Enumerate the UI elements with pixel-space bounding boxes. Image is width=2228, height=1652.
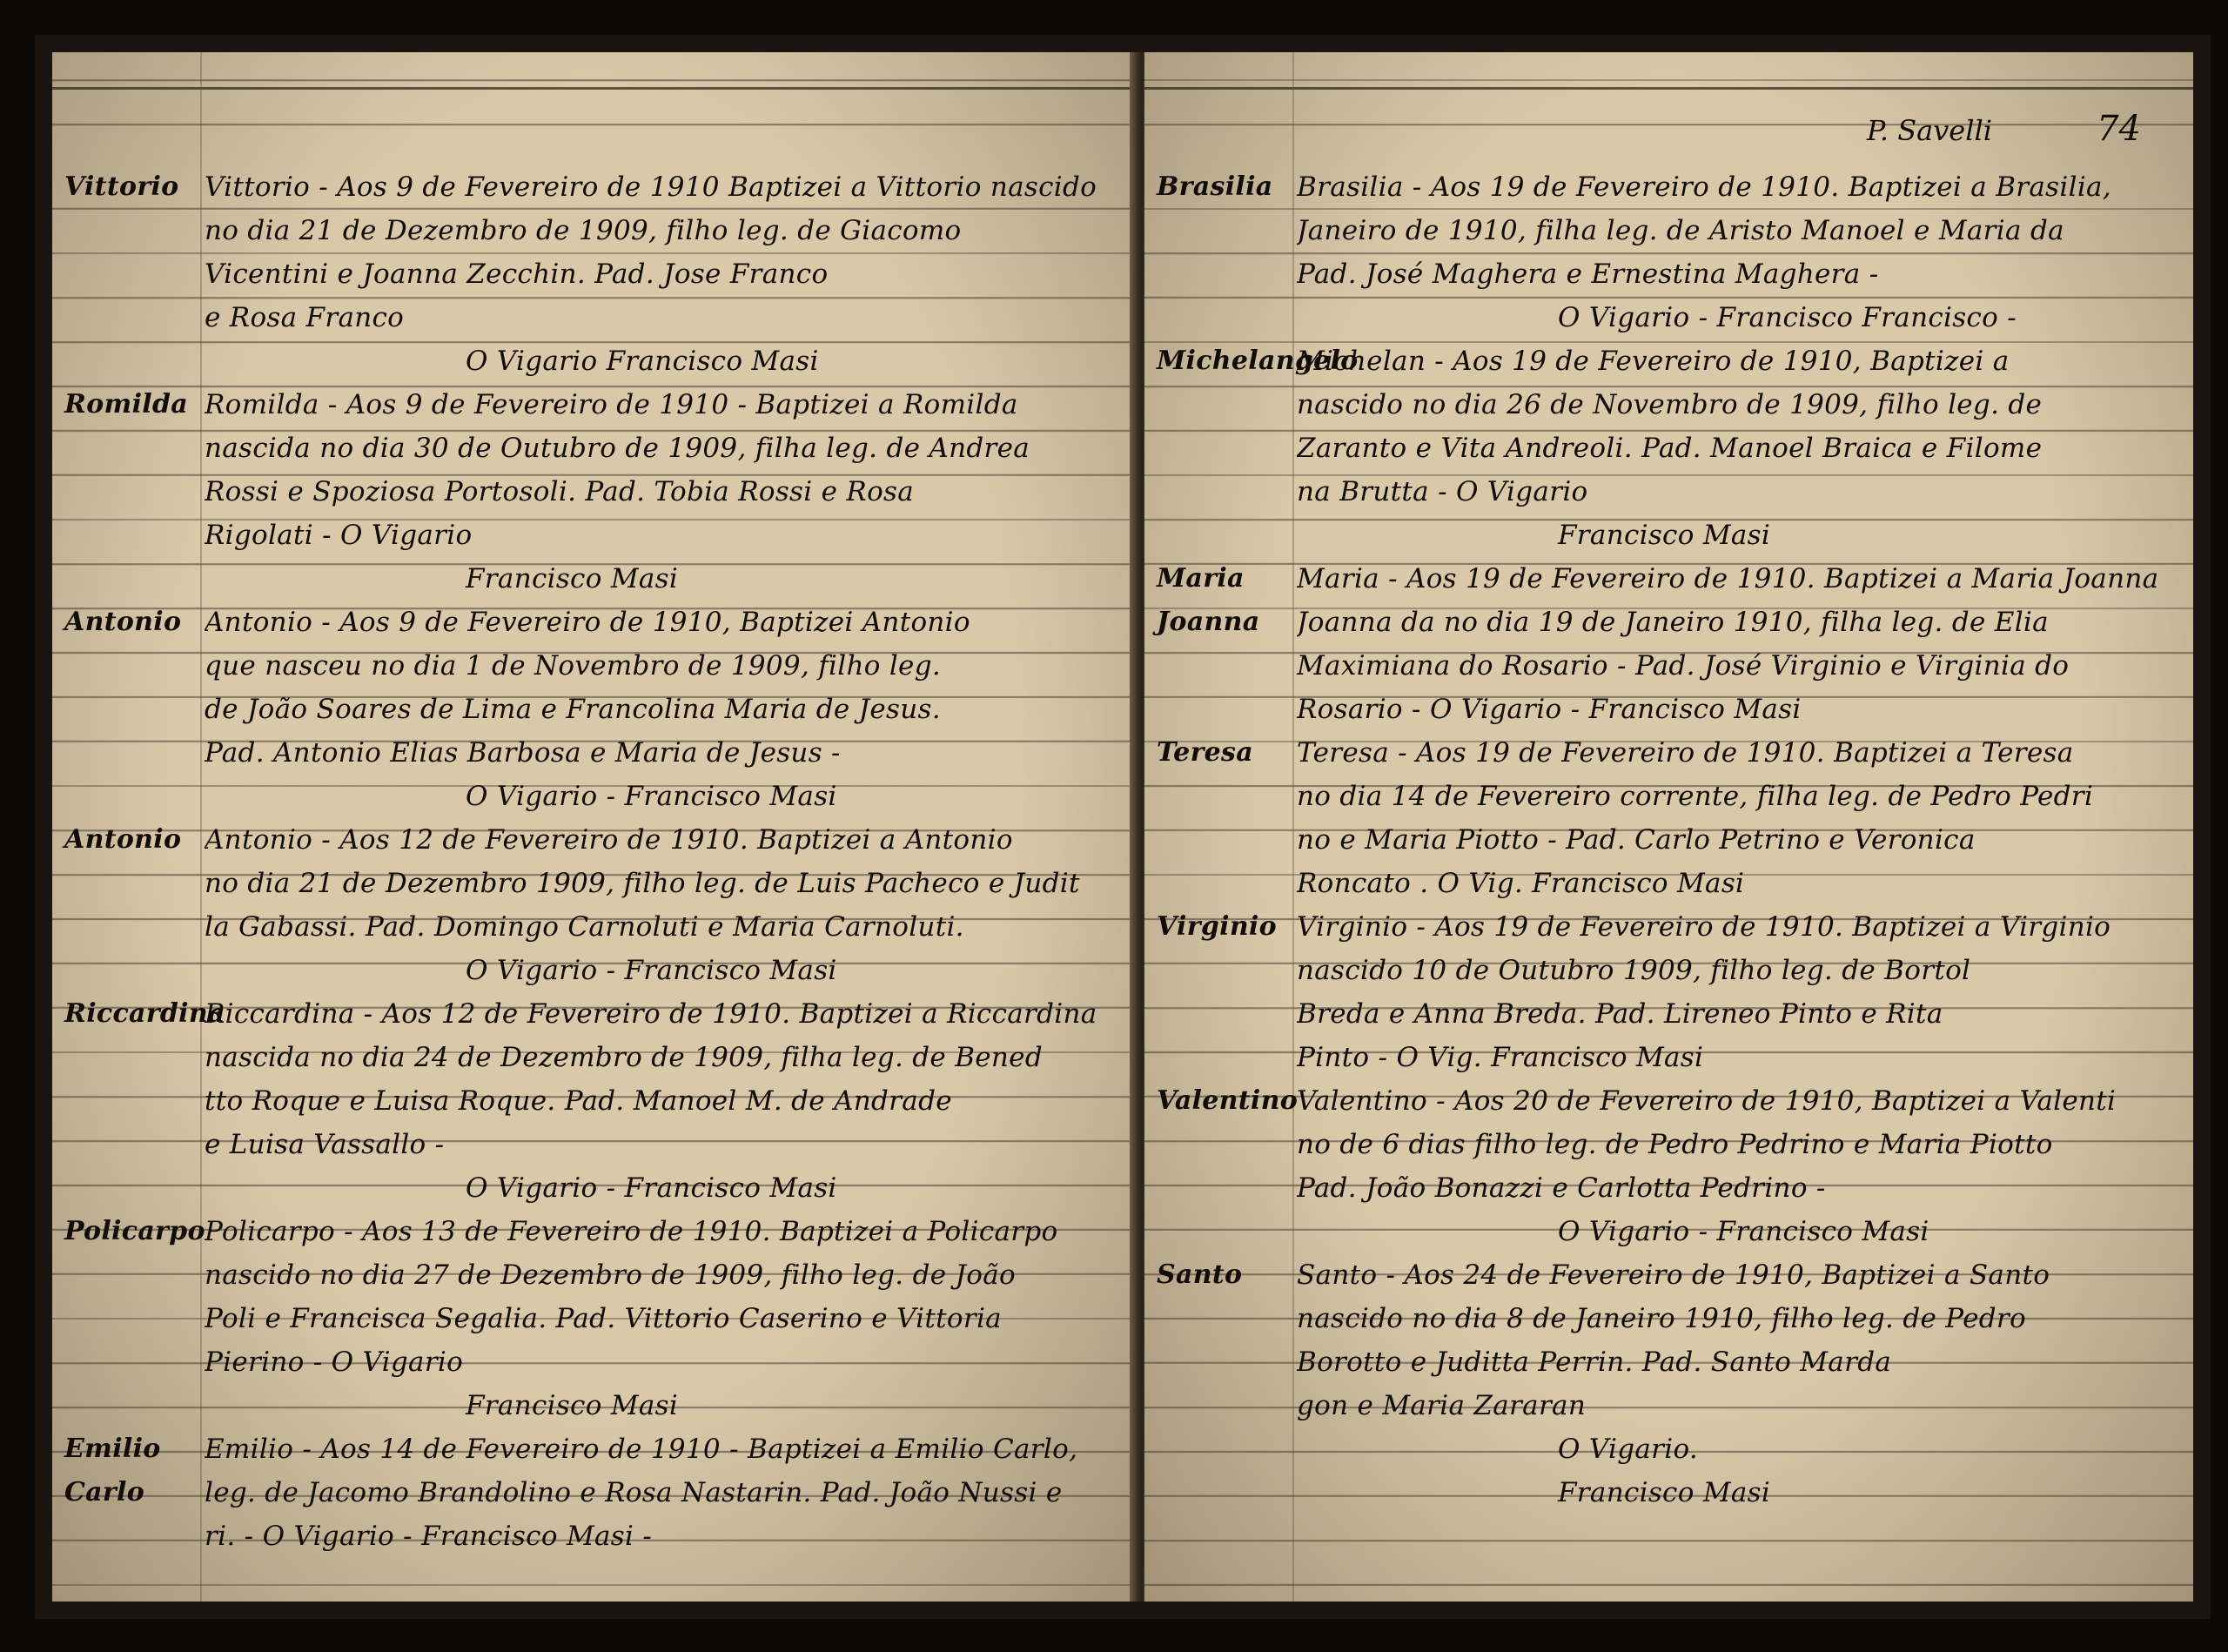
margin-name: Policarpo <box>64 1210 199 1253</box>
header-annotation: P. Savelli <box>1867 114 1992 147</box>
entry-line: Antonio - Aos 9 de Fevereiro de 1910, Ba… <box>205 601 1127 644</box>
entry-text: Romilda - Aos 9 de Fevereiro de 1910 - B… <box>205 383 1127 601</box>
entry-text: Vittorio - Aos 9 de Fevereiro de 1910 Ba… <box>205 165 1127 383</box>
entry-text: Emilio - Aos 14 de Fevereiro de 1910 - B… <box>205 1427 1127 1558</box>
entry-line: Pad. Antonio Elias Barbosa e Maria de Je… <box>205 731 1127 775</box>
margin-name: Michelangelo <box>1157 339 1292 383</box>
entry-line: la Gabassi. Pad. Domingo Carnoluti e Mar… <box>205 905 1127 949</box>
entry-line: Virginio - Aos 19 de Fevereiro de 1910. … <box>1297 905 2184 949</box>
vicar-signature: Francisco Masi <box>1297 514 2184 557</box>
entry-line: Rigolati - O Vigario <box>205 514 1127 557</box>
entry-line: Valentino - Aos 20 de Fevereiro de 1910,… <box>1297 1079 2184 1123</box>
margin-name: Antonio <box>64 601 199 644</box>
entry-line: Pad. João Bonazzi e Carlotta Pedrino - <box>1297 1166 2184 1210</box>
entry-line: no e Maria Piotto - Pad. Carlo Petrino e… <box>1297 818 2184 862</box>
entry-text: Santo - Aos 24 de Fevereiro de 1910, Bap… <box>1297 1253 2184 1514</box>
entry-line: Pierino - O Vigario <box>205 1340 1127 1384</box>
entry-line: Brasilia - Aos 19 de Fevereiro de 1910. … <box>1297 165 2184 209</box>
entry-line: nascido no dia 8 de Janeiro 1910, filho … <box>1297 1297 2184 1340</box>
entry-line: Vicentini e Joanna Zecchin. Pad. Jose Fr… <box>205 252 1127 296</box>
entry-line: gon e Maria Zararan <box>1297 1384 2184 1427</box>
entry-line: no dia 21 de Dezembro de 1909, filho leg… <box>205 209 1127 252</box>
entry-line: Roncato . O Vig. Francisco Masi <box>1297 862 2184 905</box>
entry-line: nascido no dia 27 de Dezembro de 1909, f… <box>205 1253 1127 1297</box>
entry-line: na Brutta - O Vigario <box>1297 470 2184 514</box>
entry-line: Policarpo - Aos 13 de Fevereiro de 1910.… <box>205 1210 1127 1253</box>
page-header: P. Savelli 74 <box>1867 109 2141 149</box>
entry-text: Brasilia - Aos 19 de Fevereiro de 1910. … <box>1297 165 2184 339</box>
margin-name: Valentino <box>1157 1079 1292 1123</box>
margin-name: Riccardina <box>64 992 199 1036</box>
margin-name: Emilio Carlo <box>64 1427 199 1514</box>
margin-name: Antonio <box>64 818 199 862</box>
entry-line: no dia 14 de Fevereiro corrente, filha l… <box>1297 775 2184 818</box>
entry-line: tto Roque e Luisa Roque. Pad. Manoel M. … <box>205 1079 1127 1123</box>
top-rule <box>1144 87 2193 90</box>
vicar-signature: O Vigario. <box>1297 1427 2184 1471</box>
folio-number: 74 <box>2097 109 2141 149</box>
vicar-signature: O Vigario - Francisco Masi <box>205 775 1127 818</box>
entry-line: Michelan - Aos 19 de Fevereiro de 1910, … <box>1297 339 2184 383</box>
entry-line: no dia 21 de Dezembro 1909, filho leg. d… <box>205 862 1127 905</box>
entry-line: Riccardina - Aos 12 de Fevereiro de 1910… <box>205 992 1127 1036</box>
margin-name: Brasilia <box>1157 165 1292 209</box>
entry-line: nascido 10 de Outubro 1909, filho leg. d… <box>1297 949 2184 992</box>
entry-text: Maria - Aos 19 de Fevereiro de 1910. Bap… <box>1297 557 2184 731</box>
entry-line: Breda e Anna Breda. Pad. Lireneo Pinto e… <box>1297 992 2184 1036</box>
vicar-signature: O Vigario - Francisco Francisco - <box>1297 296 2184 339</box>
vicar-signature: Francisco Masi <box>205 557 1127 601</box>
entry-line: Emilio - Aos 14 de Fevereiro de 1910 - B… <box>205 1427 1127 1471</box>
entry-text: Policarpo - Aos 13 de Fevereiro de 1910.… <box>205 1210 1127 1427</box>
margin-name: Maria Joanna <box>1157 557 1292 644</box>
entry-line: e Rosa Franco <box>205 296 1127 339</box>
margin-name: Teresa <box>1157 731 1292 775</box>
entry-line: Maximiana do Rosario - Pad. José Virgini… <box>1297 644 2184 688</box>
left-page: VittorioVittorio - Aos 9 de Fevereiro de… <box>52 52 1136 1602</box>
margin-line <box>1292 52 1294 1602</box>
entry-line: Romilda - Aos 9 de Fevereiro de 1910 - B… <box>205 383 1127 426</box>
entry-text: Virginio - Aos 19 de Fevereiro de 1910. … <box>1297 905 2184 1079</box>
margin-name: Virginio <box>1157 905 1292 949</box>
entry-line: Poli e Francisca Segalia. Pad. Vittorio … <box>205 1297 1127 1340</box>
margin-name: Santo <box>1157 1253 1292 1297</box>
entry-line: no de 6 dias filho leg. de Pedro Pedrino… <box>1297 1123 2184 1166</box>
entry-line: Teresa - Aos 19 de Fevereiro de 1910. Ba… <box>1297 731 2184 775</box>
entry-line: Borotto e Juditta Perrin. Pad. Santo Mar… <box>1297 1340 2184 1384</box>
entry-line: Antonio - Aos 12 de Fevereiro de 1910. B… <box>205 818 1127 862</box>
entry-line: Zaranto e Vita Andreoli. Pad. Manoel Bra… <box>1297 426 2184 470</box>
vicar-signature: O Vigario - Francisco Masi <box>205 949 1127 992</box>
entry-line: nascida no dia 24 de Dezembro de 1909, f… <box>205 1036 1127 1079</box>
entry-line: Rossi e Spoziosa Portosoli. Pad. Tobia R… <box>205 470 1127 514</box>
vicar-signature: O Vigario Francisco Masi <box>205 339 1127 383</box>
entry-line: nascido no dia 26 de Novembro de 1909, f… <box>1297 383 2184 426</box>
margin-name: Romilda <box>64 383 199 426</box>
entry-line: nascida no dia 30 de Outubro de 1909, fi… <box>205 426 1127 470</box>
vicar-signature: Francisco Masi <box>205 1384 1127 1427</box>
entry-text: Antonio - Aos 12 de Fevereiro de 1910. B… <box>205 818 1127 992</box>
entry-line: Vittorio - Aos 9 de Fevereiro de 1910 Ba… <box>205 165 1127 209</box>
entry-line: que nasceu no dia 1 de Novembro de 1909,… <box>205 644 1127 688</box>
vicar-signature: Francisco Masi <box>1297 1471 2184 1514</box>
entry-line: Maria - Aos 19 de Fevereiro de 1910. Bap… <box>1297 557 2184 601</box>
entry-text: Valentino - Aos 20 de Fevereiro de 1910,… <box>1297 1079 2184 1253</box>
entry-line: leg. de Jacomo Brandolino e Rosa Nastari… <box>205 1471 1127 1514</box>
vicar-signature: O Vigario - Francisco Masi <box>205 1166 1127 1210</box>
margin-name: Vittorio <box>64 165 199 209</box>
entry-line: ri. - O Vigario - Francisco Masi - <box>205 1514 1127 1558</box>
entry-line: Rosario - O Vigario - Francisco Masi <box>1297 688 2184 731</box>
entry-text: Teresa - Aos 19 de Fevereiro de 1910. Ba… <box>1297 731 2184 905</box>
entry-line: e Luisa Vassallo - <box>205 1123 1127 1166</box>
entry-line: Joanna da no dia 19 de Janeiro 1910, fil… <box>1297 601 2184 644</box>
entry-text: Michelan - Aos 19 de Fevereiro de 1910, … <box>1297 339 2184 557</box>
right-page: P. Savelli 74 BrasiliaBrasilia - Aos 19 … <box>1144 52 2193 1602</box>
entry-line: de João Soares de Lima e Francolina Mari… <box>205 688 1127 731</box>
entry-line: Janeiro de 1910, filha leg. de Aristo Ma… <box>1297 209 2184 252</box>
entry-text: Antonio - Aos 9 de Fevereiro de 1910, Ba… <box>205 601 1127 818</box>
vicar-signature: O Vigario - Francisco Masi <box>1297 1210 2184 1253</box>
entry-line: Pad. José Maghera e Ernestina Maghera - <box>1297 252 2184 296</box>
register-book: VittorioVittorio - Aos 9 de Fevereiro de… <box>35 35 2211 1619</box>
entry-text: Riccardina - Aos 12 de Fevereiro de 1910… <box>205 992 1127 1210</box>
margin-line <box>200 52 202 1602</box>
entry-line: Santo - Aos 24 de Fevereiro de 1910, Bap… <box>1297 1253 2184 1297</box>
entry-line: Pinto - O Vig. Francisco Masi <box>1297 1036 2184 1079</box>
top-rule <box>52 87 1136 90</box>
